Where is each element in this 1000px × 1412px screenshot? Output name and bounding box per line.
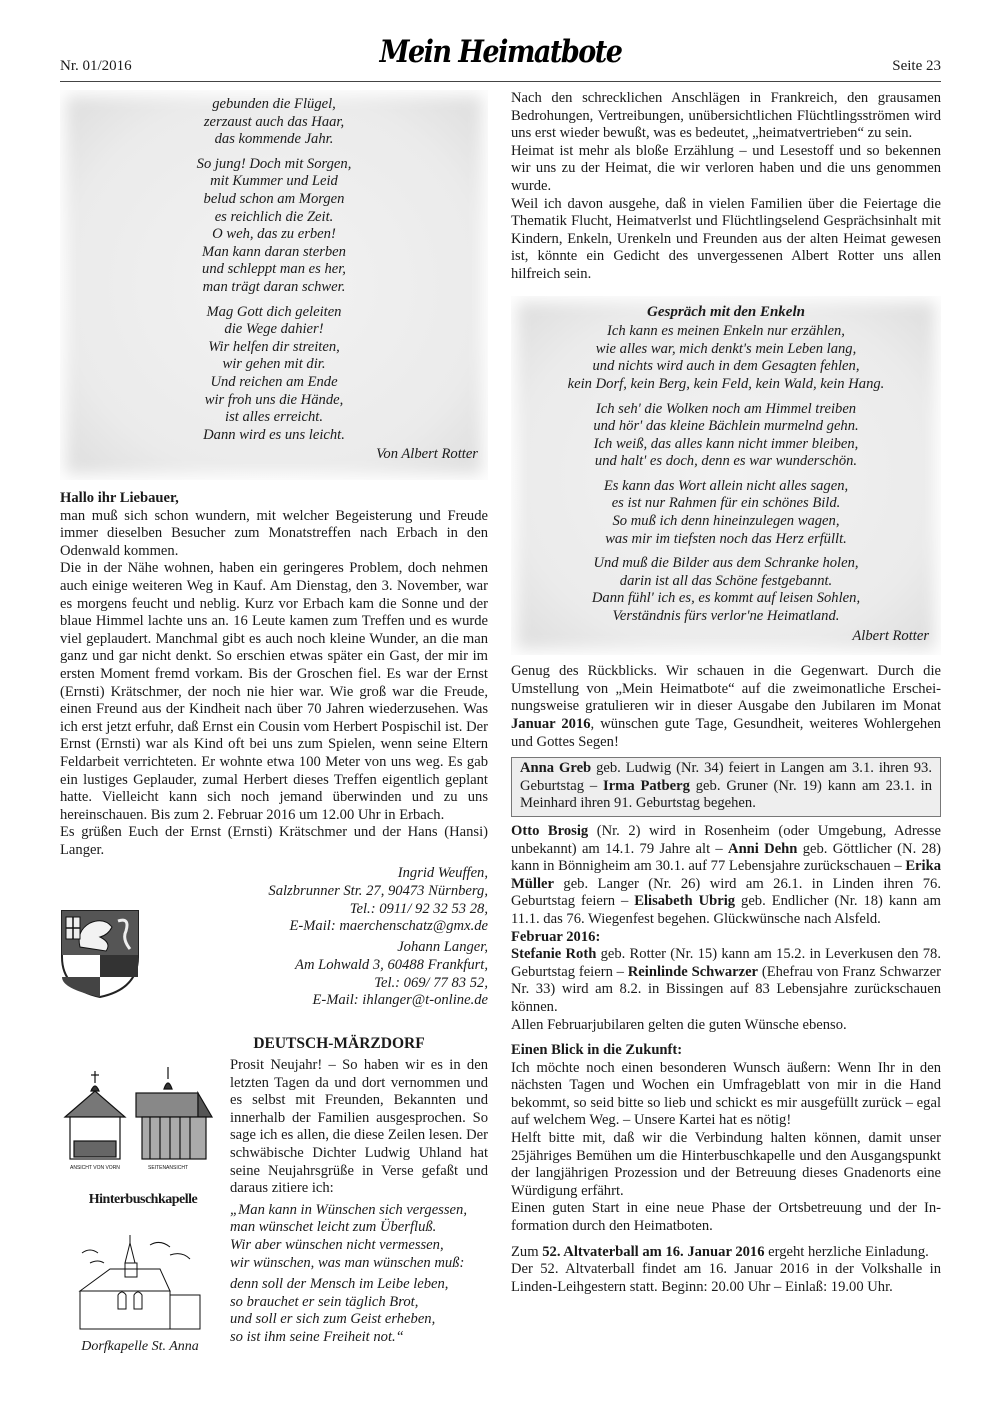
contact-email[interactable]: E-Mail: ihlanger@t-online.de <box>295 992 488 1010</box>
intro-paragraph: Heimat ist mehr als bloße Erzählung – un… <box>511 143 941 196</box>
letter-paragraph: Es grüßen Euch der Ernst (Ernsti) Krätsc… <box>60 824 488 859</box>
drawing-label: SEITENANSICHT <box>148 1165 188 1171</box>
poem-stanza: Mag Gott dich geleiten die Wege dahier! … <box>70 304 478 445</box>
poem-stanza: Ich kann es meinen Enkeln nur erzählen, … <box>523 323 929 393</box>
poem-line: Ich seh' die Wolken noch am Himmel treib… <box>523 401 929 419</box>
contact-address: Am Lohwald 3, 60488 Frankfurt, <box>295 957 488 975</box>
quote-line: wir wünschen, was man wünschen muß: <box>230 1255 488 1273</box>
page-header: Nr. 01/2016 Mein Heimatbote Seite 23 <box>60 50 941 82</box>
poem-line: Mag Gott dich geleiten <box>70 304 478 322</box>
contact-name: Ingrid Weuffen, <box>268 865 488 883</box>
jubilar-name: Anna Greb <box>520 760 591 776</box>
emphasis: 52. Altvaterball am 16. Januar 2016 <box>542 1244 764 1260</box>
future-heading: Einen Blick in die Zukunft: <box>511 1042 941 1060</box>
ball-invitation: Zum 52. Altvaterball am 16. Januar 2016 … <box>511 1244 941 1262</box>
quote-line: Wir aber wünschen nicht vermessen, <box>230 1237 488 1255</box>
section-title: DEUTSCH-MÄRZDORF <box>60 1035 488 1053</box>
poem-line: O weh, das zu erben! <box>70 226 478 244</box>
poem-stanza: Und muß die Bilder aus dem Schranke hole… <box>523 555 929 625</box>
poem-line: es reichlich die Zeit. <box>70 209 478 227</box>
text: Genug des Rückblicks. Wir schauen in die… <box>511 663 941 714</box>
intro-paragraph: Weil ich davon ausgehe, daß in vielen Fa… <box>511 196 941 284</box>
contact-card: Ingrid Weuffen, Salzbrunner Str. 27, 904… <box>268 865 488 935</box>
poem-line: und hör' das kleine Bächlein murmelnd ge… <box>523 418 929 436</box>
poem-line: Dann wird es uns leicht. <box>70 427 478 445</box>
poem-line: darin ist all das Schöne festgebannt. <box>523 573 929 591</box>
poem-line: kein Dorf, kein Berg, kein Feld, kein Wa… <box>523 376 929 394</box>
contact-email[interactable]: E-Mail: maerchenschatz@gmx.de <box>268 918 488 936</box>
jubilar-name: Irma Patberg <box>603 778 690 794</box>
ball-details: Der 52. Altvaterball findet am 16. Janua… <box>511 1261 941 1296</box>
poem-stanza: Es kann das Wort allein nicht alles sage… <box>523 478 929 548</box>
poem-credit: Von Albert Rotter <box>70 446 478 464</box>
letter-paragraph: Die in der Nähe wohnen, haben ein gering… <box>60 560 488 824</box>
contact-address: Salzbrunner Str. 27, 90473 Nürnberg, <box>268 883 488 901</box>
poem-line: man trägt daran schwer. <box>70 279 478 297</box>
february-closing: Allen Februarjubilaren gelten die guten … <box>511 1017 941 1035</box>
jubilar-name: Otto Brosig <box>511 823 588 839</box>
chapel-drawing-icon: ANSICHT VON VORN SEITENANSICHT <box>60 1067 215 1177</box>
issue-number: Nr. 01/2016 <box>60 58 132 76</box>
quote-line: man wünschet leicht zum Überfluß. <box>230 1219 488 1237</box>
jubilar-name: Elisabeth Ubrig <box>634 893 735 909</box>
contact-name: Johann Langer, <box>295 939 488 957</box>
emphasis: Januar 2016 <box>511 716 591 732</box>
page-number: Seite 23 <box>892 58 941 76</box>
quote-line: und soll er sich zum Geist erheben, <box>230 1311 488 1329</box>
contact-card: Johann Langer, Am Lohwald 3, 60488 Frank… <box>295 939 488 1009</box>
poem-box-right: Gespräch mit den Enkeln Ich kann es mein… <box>511 296 941 656</box>
poem-line: Ich weiß, das alles kann nicht immer ble… <box>523 436 929 454</box>
poem-line: und halt' es doch, denn es war wundersch… <box>523 453 929 471</box>
january-jubilees: Otto Brosig (Nr. 2) wird in Rosenheim (o… <box>511 823 941 929</box>
quote-line: so brauchet er sein täglich Brot, <box>230 1294 488 1312</box>
future-paragraph: Ich möchte noch einen besonderen Wunsch … <box>511 1060 941 1130</box>
poem-line: mit Kummer und Leid <box>70 173 478 191</box>
poem-line: Dann fühl' ich es, es kommt auf leisen S… <box>523 590 929 608</box>
poem-stanza: gebunden die Flügel, zerzaust auch das H… <box>70 96 478 149</box>
poem-line: Man kann daran sterben <box>70 244 478 262</box>
february-jubilees: Stefanie Roth geb. Rotter (Nr. 15) kann … <box>511 946 941 1016</box>
poem-line: und schleppt man es her, <box>70 261 478 279</box>
february-heading: Februar 2016: <box>511 929 941 947</box>
poem-line: zerzaust auch das Haar, <box>70 114 478 132</box>
masthead-logo: Mein Heimatbote <box>380 43 622 63</box>
poem-line: Ich kann es meinen Enkeln nur erzählen, <box>523 323 929 341</box>
poem-line: Es kann das Wort allein nicht alles sage… <box>523 478 929 496</box>
section-body: Prosit Neujahr! – So haben wir es in den… <box>230 1057 488 1347</box>
jubilar-name: Anni Dehn <box>728 841 797 857</box>
contacts-area: Ingrid Weuffen, Salzbrunner Str. 27, 904… <box>60 865 488 1025</box>
poem-line: wir froh uns die Hände, <box>70 392 478 410</box>
poem-line: Und muß die Bilder aus dem Schranke hole… <box>523 555 929 573</box>
poem-line: belud schon am Morgen <box>70 191 478 209</box>
image-caption: Hinterbuschkapelle <box>68 1191 218 1209</box>
poem-stanza: Ich seh' die Wolken noch am Himmel treib… <box>523 401 929 471</box>
poem-line: Verständnis fürs verlor'ne Heimatland. <box>523 608 929 626</box>
poem-line: wir gehen mit dir. <box>70 356 478 374</box>
poem-line: So jung! Doch mit Sorgen, <box>70 156 478 174</box>
contact-phone: Tel.: 069/ 77 83 52, <box>295 975 488 993</box>
poem-line: es ist nur Rahmen für ein schönes Bild. <box>523 495 929 513</box>
future-paragraph: Einen guten Start in eine neue Phase der… <box>511 1200 941 1235</box>
poem-line: und nichts wird auch in dem Gesagten feh… <box>523 358 929 376</box>
quote-stanza: denn soll der Mensch im Leibe leben, so … <box>230 1276 488 1346</box>
left-column: gebunden die Flügel, zerzaust auch das H… <box>60 90 488 1353</box>
quote-stanza: „Man kann in Wünschen sich vergessen, ma… <box>230 1202 488 1272</box>
jubilee-highlight-box: Anna Greb geb. Ludwig (Nr. 34) feiert in… <box>511 757 941 817</box>
jubilar-name: Reinlinde Schwarzer <box>628 964 758 980</box>
poem-line: das kommende Jahr. <box>70 131 478 149</box>
coat-of-arms-icon <box>60 909 140 999</box>
contact-phone: Tel.: 0911/ 92 32 53 28, <box>268 901 488 919</box>
letter-greeting: Hallo ihr Liebauer, <box>60 490 488 508</box>
poem-line: die Wege dahier! <box>70 321 478 339</box>
poem-box-left: gebunden die Flügel, zerzaust auch das H… <box>60 90 488 480</box>
poem-line: Und reichen am Ende <box>70 374 478 392</box>
poem-line: So muß ich denn hineinzulegen wagen, <box>523 513 929 531</box>
poem-line: ist alles erreicht. <box>70 409 478 427</box>
present-paragraph: Genug des Rückblicks. Wir schauen in die… <box>511 663 941 751</box>
drawing-label: ANSICHT VON VORN <box>70 1165 120 1171</box>
letter-paragraph: man muß sich schon wundern, mit welcher … <box>60 508 488 561</box>
deutsch-maerzdorf-section: ANSICHT VON VORN SEITENANSICHT Hinterbus… <box>60 1053 488 1353</box>
poem-line: Wir helfen dir streiten, <box>70 339 478 357</box>
text: ergeht herzliche Einla­dung. <box>765 1244 929 1260</box>
poem-credit: Albert Rotter <box>523 628 929 646</box>
quote-line: so ist ihm seine Freiheit not.“ <box>230 1329 488 1347</box>
quote-line: „Man kann in Wünschen sich vergessen, <box>230 1202 488 1220</box>
right-column: Nach den schrecklichen Anschlägen in Fra… <box>511 90 941 1296</box>
quote-line: denn soll der Mensch im Leibe leben, <box>230 1276 488 1294</box>
poem-line: was mir im tiefsten noch das Herz erfüll… <box>523 531 929 549</box>
section-intro: Prosit Neujahr! – So haben wir es in den… <box>230 1057 488 1198</box>
poem-title: Gespräch mit den Enkeln <box>523 304 929 322</box>
poem-stanza: So jung! Doch mit Sorgen, mit Kummer und… <box>70 156 478 297</box>
intro-paragraph: Nach den schrecklichen Anschlägen in Fra… <box>511 90 941 143</box>
text: Zum <box>511 1244 542 1260</box>
poem-line: wie alles war, mich denkt's mein Leben l… <box>523 341 929 359</box>
future-paragraph: Helft bitte mit, daß wir die Verbindung … <box>511 1130 941 1200</box>
chapel-sketch-icon <box>70 1233 210 1333</box>
image-caption: Dorfkapelle St. Anna <box>60 1338 220 1356</box>
poem-line: gebunden die Flügel, <box>70 96 478 114</box>
jubilar-name: Stefanie Roth <box>511 946 596 962</box>
